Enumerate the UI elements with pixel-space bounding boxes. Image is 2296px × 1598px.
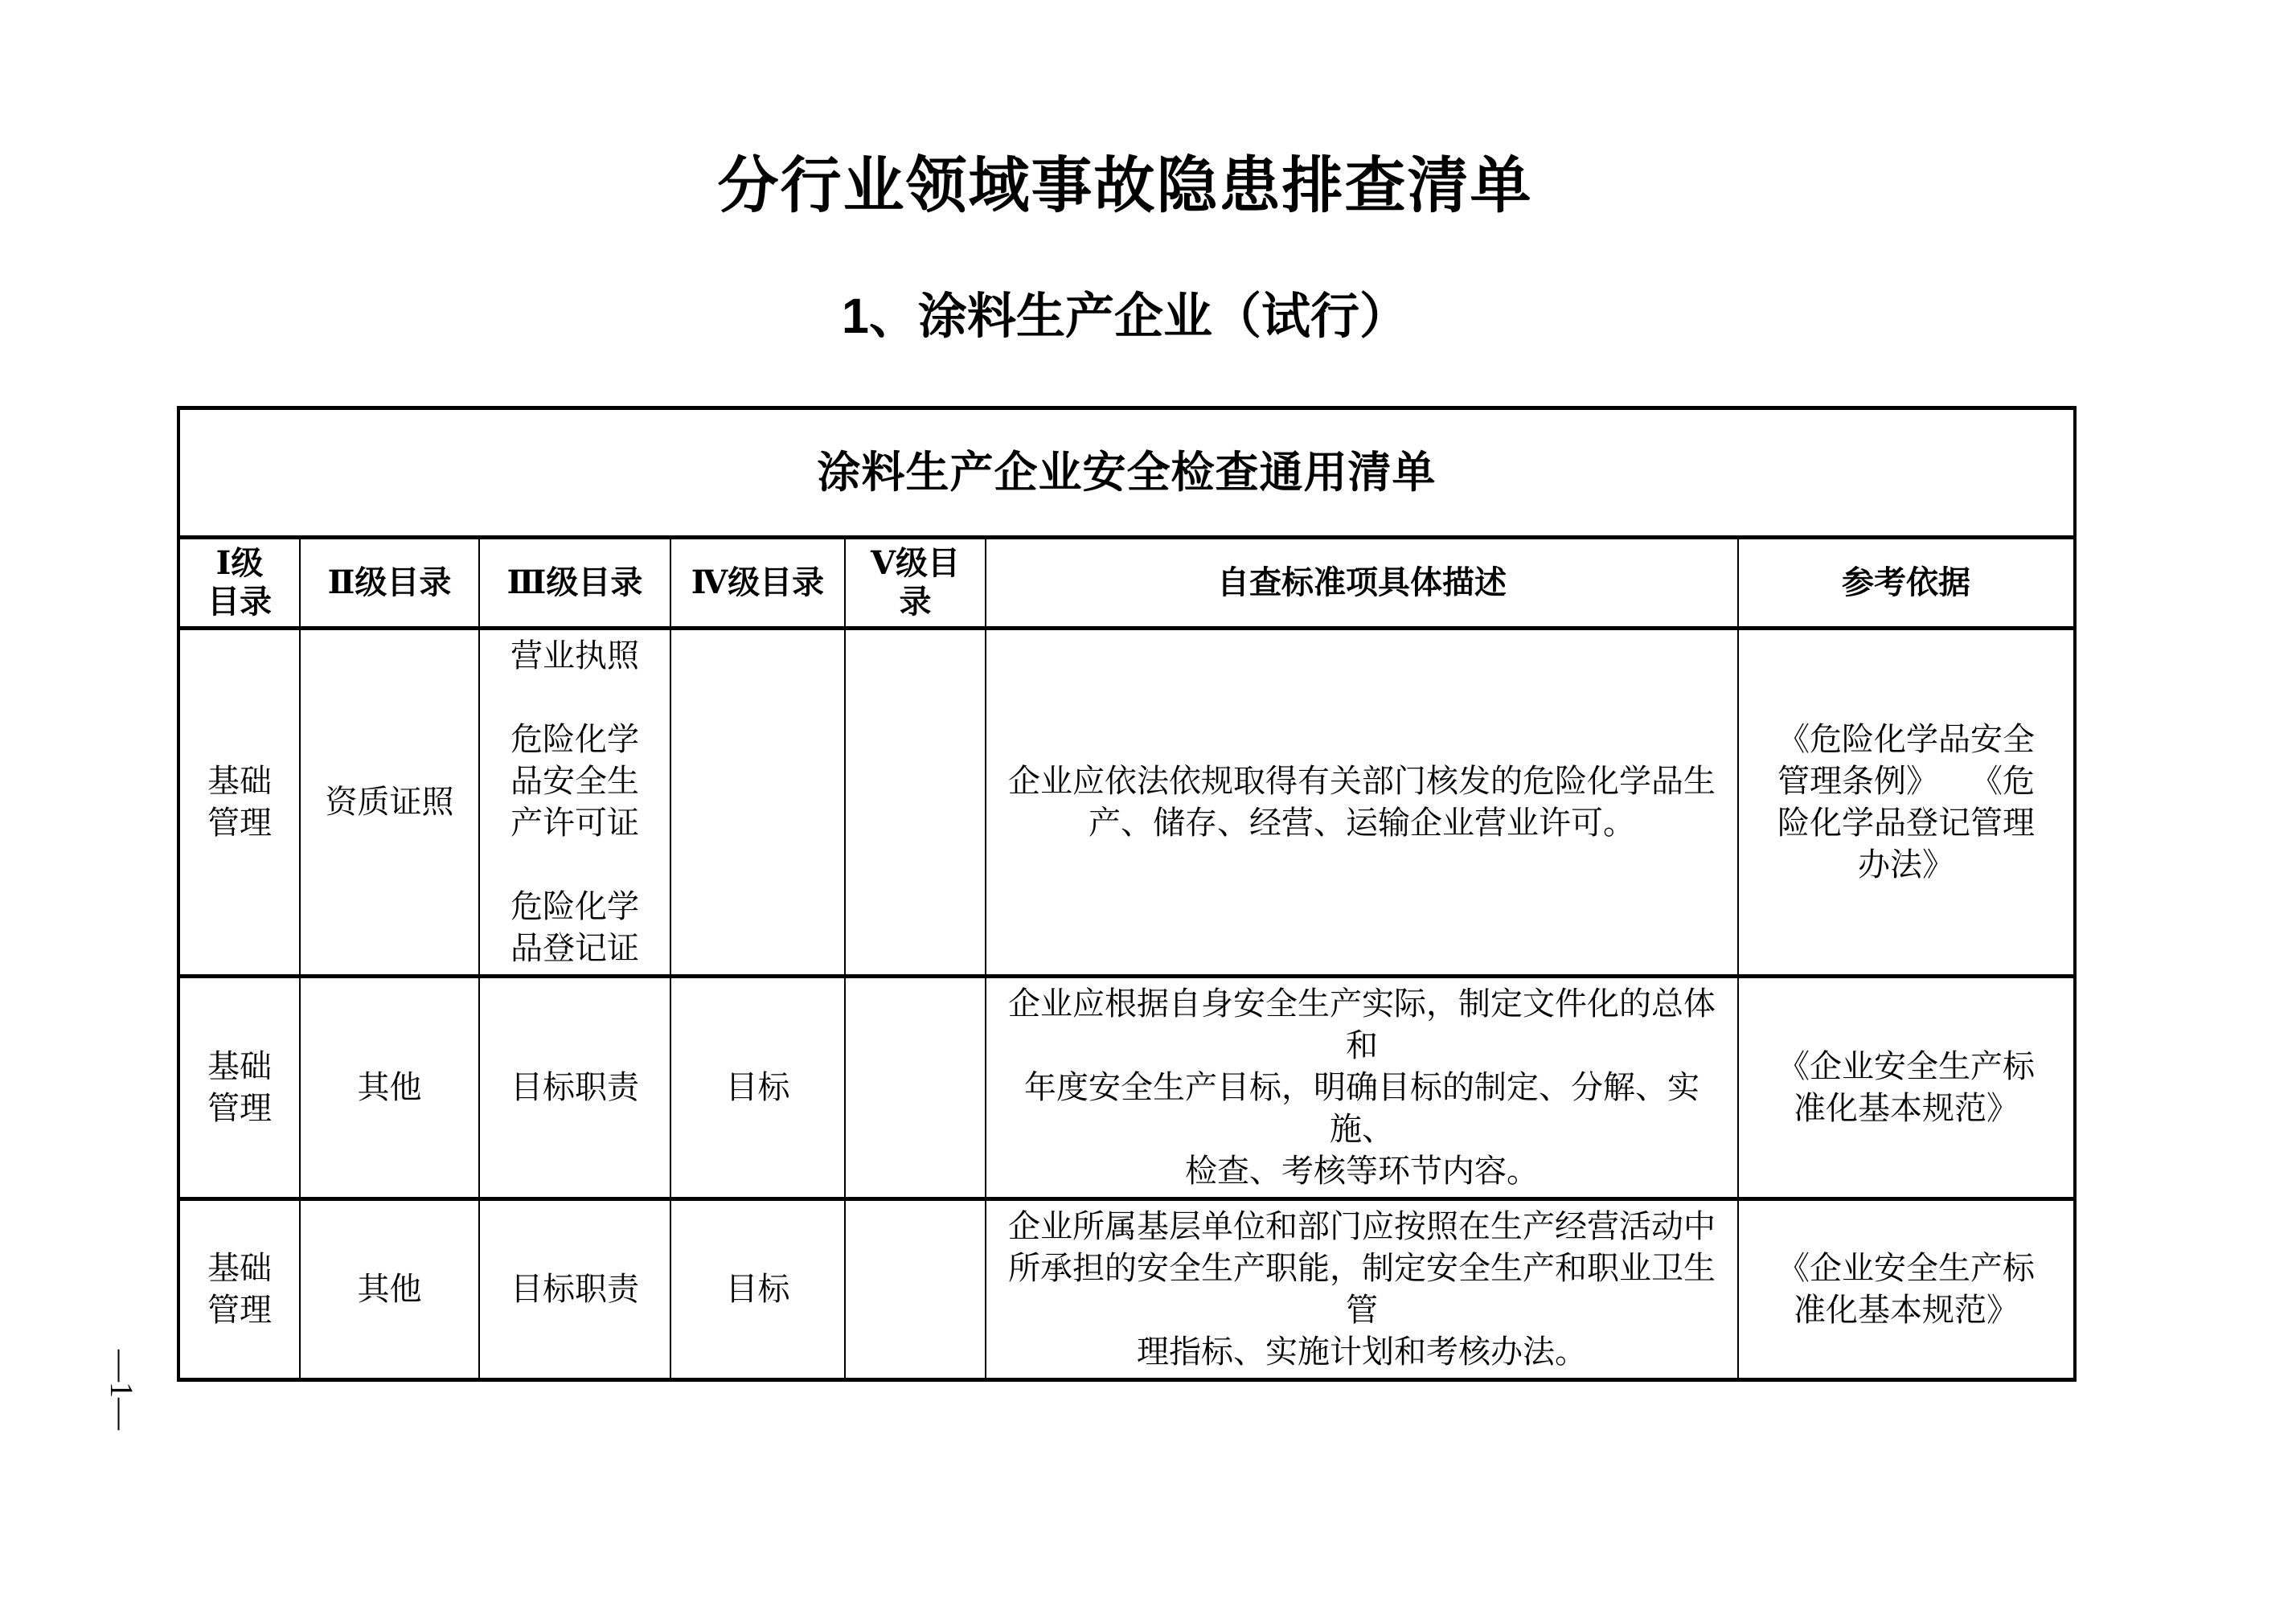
page-number: —1— bbox=[88, 1350, 157, 1430]
cell-reference: 《企业安全生产标 准化基本规范》 bbox=[1738, 977, 2075, 1199]
column-header-reference: 参考依据 bbox=[1738, 538, 2075, 629]
cell-level5 bbox=[845, 977, 986, 1199]
document-page: { "document": { "title": "分行业领域事故隐患排查清单"… bbox=[0, 0, 2296, 1598]
column-header-level4: Ⅳ级目录 bbox=[670, 538, 845, 629]
page-subtitle: 1、涂料生产企业（试行） bbox=[177, 286, 2073, 346]
cell-level1: 基础 管理 bbox=[178, 977, 300, 1199]
cell-level2: 其他 bbox=[300, 977, 479, 1199]
cell-level3: 营业执照 危险化学 品安全生 产许可证 危险化学 品登记证 bbox=[479, 629, 670, 977]
cell-description: 企业应根据自身安全生产实际，制定文件化的总体和 年度安全生产目标，明确目标的制定… bbox=[986, 977, 1738, 1199]
table-row: 基础 管理 其他 目标职责 目标 企业应根据自身安全生产实际，制定文件化的总体和… bbox=[178, 977, 2075, 1199]
checklist-table: 涂料生产企业安全检查通用清单 Ⅰ级 目录 Ⅱ级目录 Ⅲ级目录 Ⅳ级目录 Ⅴ级目 … bbox=[177, 406, 2077, 1382]
column-header-level1: Ⅰ级 目录 bbox=[178, 538, 300, 629]
cell-level4: 目标 bbox=[670, 977, 845, 1199]
cell-level5 bbox=[845, 1199, 986, 1380]
cell-level2: 其他 bbox=[300, 1199, 479, 1380]
table-caption: 涂料生产企业安全检查通用清单 bbox=[178, 408, 2075, 538]
table-row: 基础 管理 资质证照 营业执照 危险化学 品安全生 产许可证 危险化学 品登记证… bbox=[178, 629, 2075, 977]
cell-reference: 《企业安全生产标 准化基本规范》 bbox=[1738, 1199, 2075, 1380]
column-header-level3: Ⅲ级目录 bbox=[479, 538, 670, 629]
column-header-level2: Ⅱ级目录 bbox=[300, 538, 479, 629]
cell-reference: 《危险化学品安全 管理条例》 《危 险化学品登记管理 办法》 bbox=[1738, 629, 2075, 977]
cell-level3: 目标职责 bbox=[479, 977, 670, 1199]
column-header-level5: Ⅴ级目 录 bbox=[845, 538, 986, 629]
cell-description: 企业所属基层单位和部门应按照在生产经营活动中 所承担的安全生产职能，制定安全生产… bbox=[986, 1199, 1738, 1380]
cell-level3: 目标职责 bbox=[479, 1199, 670, 1380]
page-title: 分行业领域事故隐患排查清单 bbox=[177, 151, 2073, 222]
column-header-description: 自查标准项具体描述 bbox=[986, 538, 1738, 629]
cell-level1: 基础 管理 bbox=[178, 1199, 300, 1380]
cell-level4 bbox=[670, 629, 845, 977]
table-row: 基础 管理 其他 目标职责 目标 企业所属基层单位和部门应按照在生产经营活动中 … bbox=[178, 1199, 2075, 1380]
cell-description: 企业应依法依规取得有关部门核发的危险化学品生 产、储存、经营、运输企业营业许可。 bbox=[986, 629, 1738, 977]
cell-level4: 目标 bbox=[670, 1199, 845, 1380]
cell-level1: 基础 管理 bbox=[178, 629, 300, 977]
cell-level5 bbox=[845, 629, 986, 977]
cell-level2: 资质证照 bbox=[300, 629, 479, 977]
